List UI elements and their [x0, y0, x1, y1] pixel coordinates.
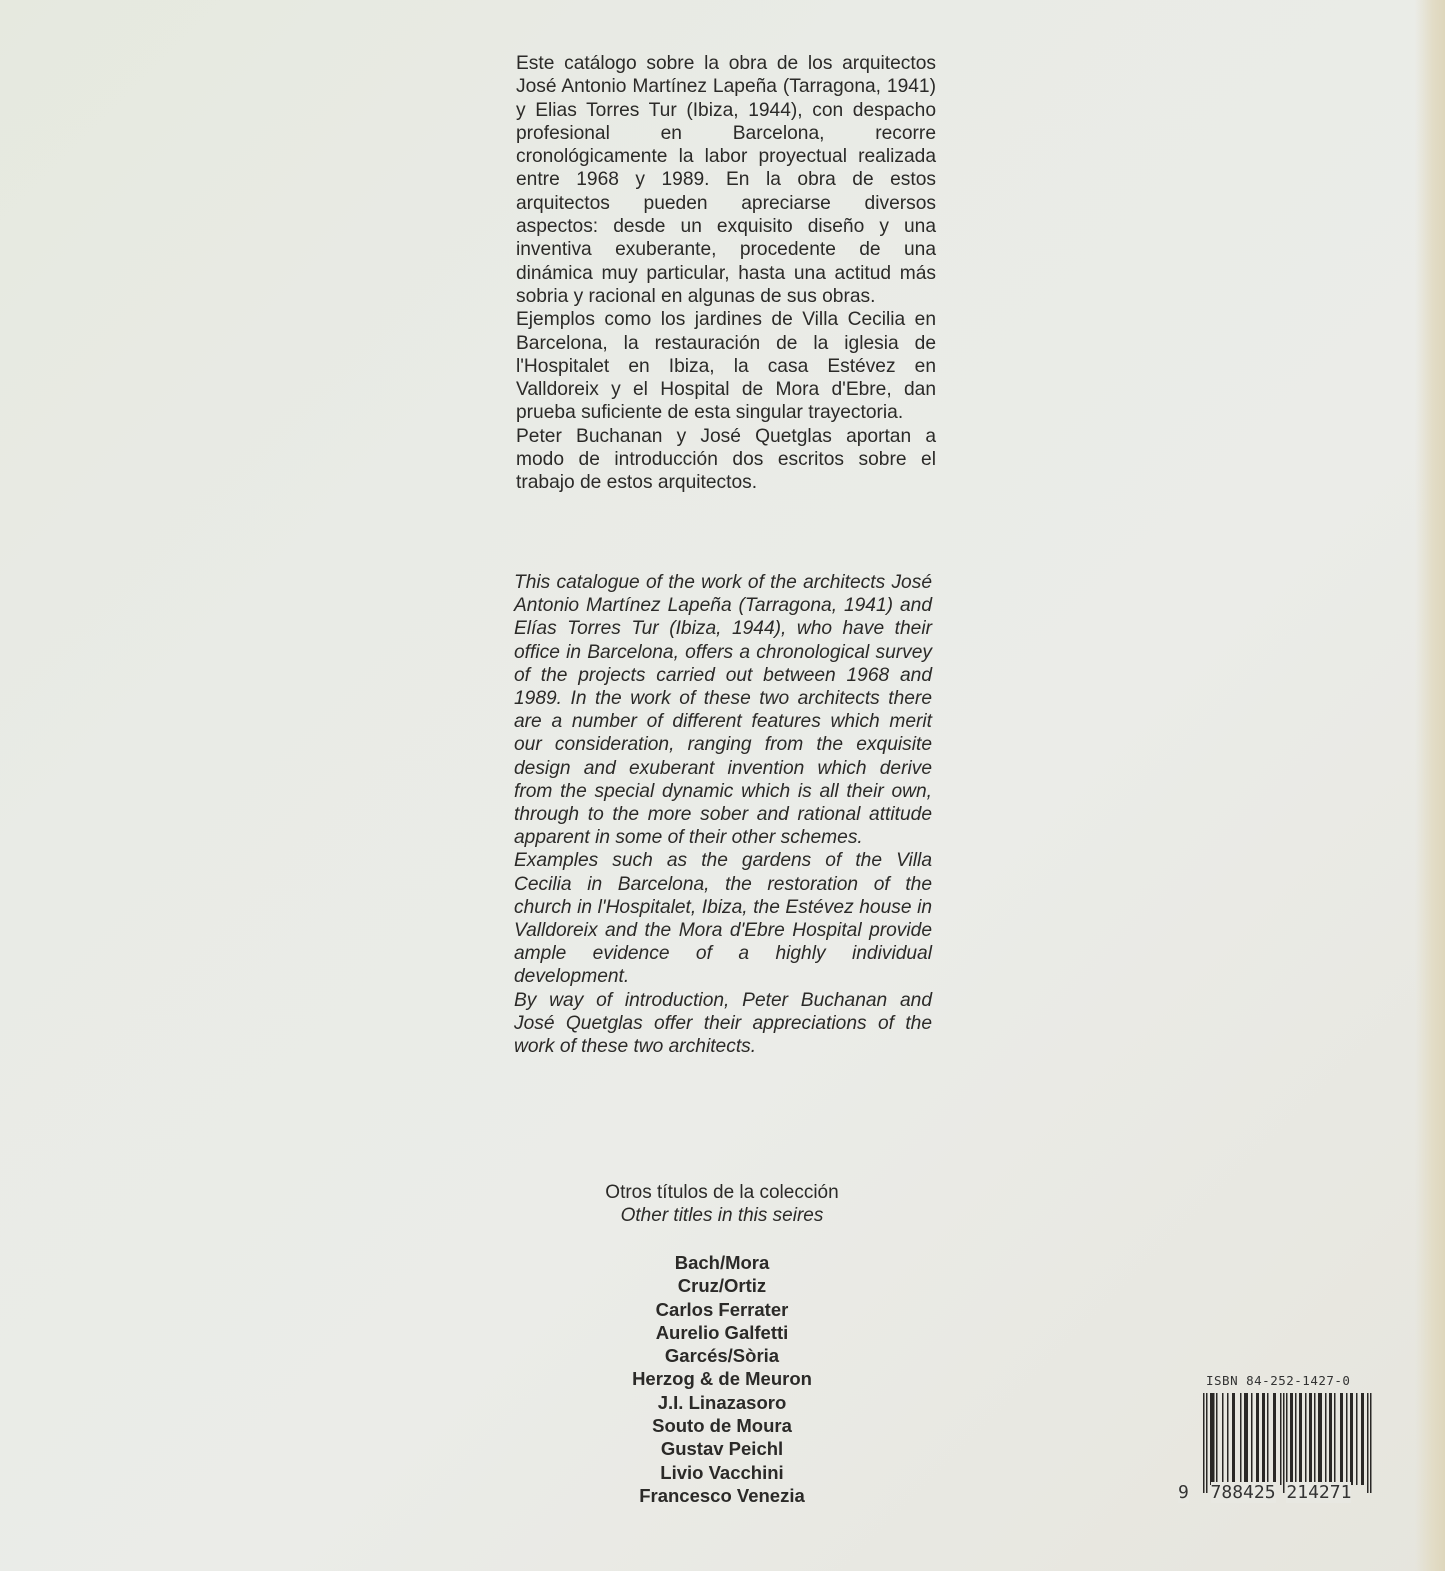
series-title: Souto de Moura	[522, 1414, 922, 1437]
english-paragraph: This catalogue of the work of the archit…	[514, 571, 932, 849]
barcode-icon	[1203, 1393, 1373, 1493]
series-title: Cruz/Ortiz	[522, 1274, 922, 1297]
series-title: Gustav Peichl	[522, 1437, 922, 1460]
english-paragraph: Examples such as the gardens of the Vill…	[514, 849, 932, 988]
barcode-digits-left: 788425	[1211, 1482, 1276, 1503]
series-heading-en: Other titles in this seires	[522, 1204, 922, 1227]
isbn-barcode: ISBN 84-252-1427-0	[1178, 1373, 1378, 1513]
series-title: J.I. Linazasoro	[522, 1391, 922, 1414]
cover-edge-shadow	[1415, 0, 1445, 1571]
isbn-label: ISBN 84-252-1427-0	[1206, 1373, 1350, 1388]
barcode-digits-right: 214271	[1286, 1482, 1351, 1503]
series-title: Carlos Ferrater	[522, 1298, 922, 1321]
english-blurb: This catalogue of the work of the archit…	[514, 571, 932, 1058]
barcode-digits: 9 788425 214271	[1178, 1482, 1351, 1503]
series-title: Livio Vacchini	[522, 1461, 922, 1484]
series-title: Aurelio Galfetti	[522, 1321, 922, 1344]
series-title: Bach/Mora	[522, 1251, 922, 1274]
barcode-digit-lead: 9	[1178, 1482, 1189, 1503]
spanish-paragraph: Este catálogo sobre la obra de los arqui…	[516, 52, 936, 308]
series-titles: Bach/Mora Cruz/Ortiz Carlos Ferrater Aur…	[522, 1251, 922, 1507]
spanish-paragraph: Peter Buchanan y José Quetglas aportan a…	[516, 425, 936, 495]
series-heading-es: Otros títulos de la colección	[522, 1181, 922, 1204]
english-paragraph: By way of introduction, Peter Buchanan a…	[514, 989, 932, 1059]
series-title: Herzog & de Meuron	[522, 1367, 922, 1390]
series-title: Francesco Venezia	[522, 1484, 922, 1507]
spanish-paragraph: Ejemplos como los jardines de Villa Ceci…	[516, 308, 936, 424]
series-title: Garcés/Sòria	[522, 1344, 922, 1367]
spanish-blurb: Este catálogo sobre la obra de los arqui…	[516, 52, 936, 495]
series-list: Otros títulos de la colección Other titl…	[522, 1181, 922, 1507]
